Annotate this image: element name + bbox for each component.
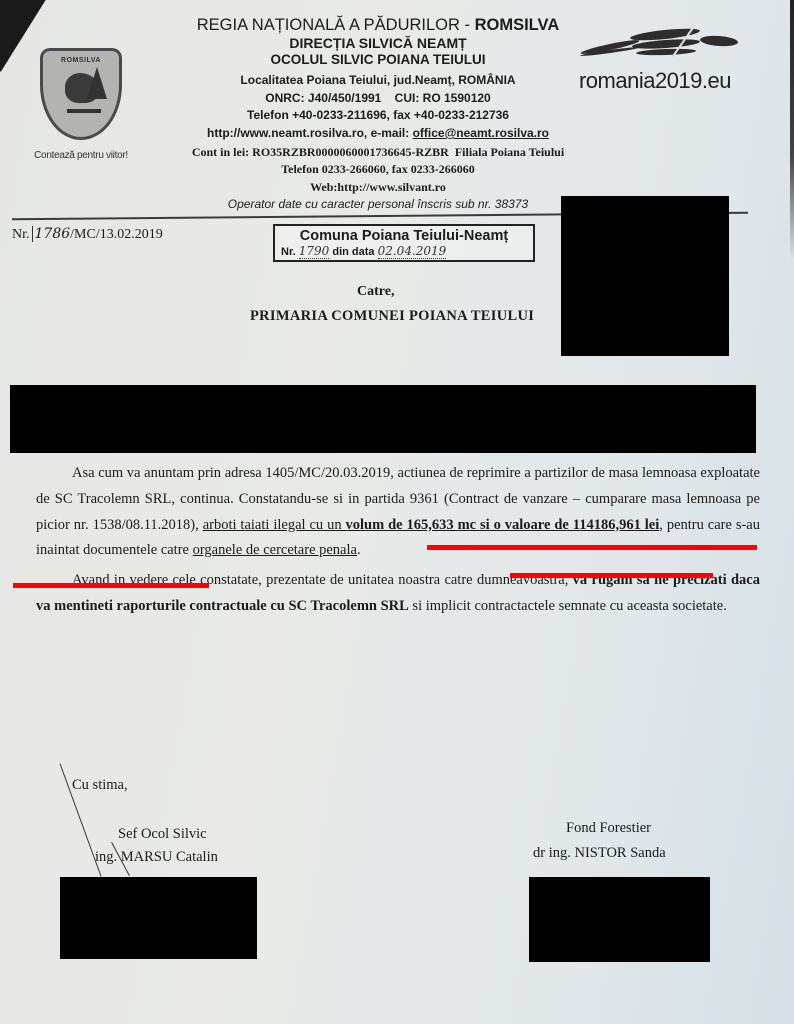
stamp-title: Comuna Poiana Teiului-Neamț [281, 228, 527, 244]
redaction-box-signature-left [60, 877, 257, 959]
phone-fax-2: Telefon 0233-266060, fax 0233-266060 [158, 162, 598, 177]
reference-number: Nr.1786/MC/13.02.2019 [12, 226, 163, 243]
salutation: Catre, [357, 284, 394, 300]
org-name-bold: ROMSILVA [475, 16, 560, 34]
p1-end: . [357, 542, 361, 558]
stamp-line: Nr. 1790 din data 02.04.2019 [281, 244, 527, 258]
ref-suffix: /MC/13.02.2019 [70, 227, 163, 242]
email-link[interactable]: office@neamt.rosilva.ro [413, 126, 549, 140]
romsilva-logo: ROMSILVA Contează pentru viitor! [22, 48, 140, 161]
stamp-date-label: din data [332, 246, 374, 258]
website-2: Web:http://www.silvant.ro [158, 180, 598, 195]
letter-body: Asa cum va anuntam prin adresa 1405/MC/2… [36, 461, 760, 620]
redaction-box-signature-right [529, 877, 710, 962]
website: http://www.neamt.rosilva.ro, e-mail: [207, 126, 413, 140]
romania2019-logo: romania2019.eu [560, 22, 750, 94]
red-underline-volume [427, 545, 757, 550]
registration: ONRC: J40/450/1991 CUI: RO 1590120 [158, 91, 598, 105]
p1-volume-value: volum de 165,633 mc si o valoare de 1141… [346, 517, 660, 533]
ref-handwritten-number: 1786 [32, 226, 71, 242]
recipient: PRIMARIA COMUNEI POIANA TEIULUI [250, 308, 534, 325]
signatory-right-name: dr ing. NISTOR Sanda [533, 845, 666, 862]
fir-tree-icon [87, 67, 107, 99]
unit-name: OCOLUL SILVIC POIANA TEIULUI [158, 52, 598, 67]
stamp-date-value: 02.04.2019 [378, 244, 447, 259]
logo-motto: Contează pentru viitor! [22, 150, 140, 161]
p2-text-2: si implicit contractactele semnate cu ac… [409, 598, 727, 614]
sled-icon [67, 109, 101, 113]
web-email: http://www.neamt.rosilva.ro, e-mail: off… [158, 126, 598, 140]
redaction-box-top-right [561, 196, 729, 356]
bank-account: Cont in lei: RO35RZBR0000060001736645-RZ… [158, 145, 598, 160]
signatory-right-title: Fond Forestier [566, 820, 651, 837]
red-underline-penal [510, 573, 713, 578]
redaction-box-wide [10, 385, 756, 453]
signatory-left-name: ing. MARSU Catalin [95, 849, 218, 866]
romania2019-text: romania2019.eu [560, 68, 750, 94]
org-name-normal: REGIA NAȚIONALĂ A PĂDURILOR - [197, 16, 475, 34]
ref-prefix: Nr. [12, 227, 30, 242]
stamp-nr-value: 1790 [299, 244, 330, 259]
signatory-left-title: Sef Ocol Silvic [118, 826, 207, 843]
closing: Cu stima, [72, 777, 128, 794]
phone-fax: Telefon +40-0233-211696, fax +40-0233-21… [158, 108, 598, 122]
registration-stamp: Comuna Poiana Teiului-Neamț Nr. 1790 din… [273, 224, 535, 262]
stamp-nr-label: Nr. [281, 246, 296, 258]
red-underline-value [13, 583, 209, 588]
p1-criminal-investigation: organele de cercetare penala [193, 542, 357, 558]
shield-text: ROMSILVA [43, 57, 119, 64]
directorate: DIRECȚIA SILVICĂ NEAMȚ [158, 35, 598, 51]
romsilva-shield-tree-icon: ROMSILVA [40, 48, 122, 140]
data-operator: Operator date cu caracter personal înscr… [158, 197, 598, 211]
address: Localitatea Poiana Teiului, jud.Neamț, R… [158, 73, 598, 87]
p1-underlined: arboti taiati ilegal cu un [203, 517, 346, 533]
org-name: REGIA NAȚIONALĂ A PĂDURILOR - ROMSILVA [158, 16, 598, 35]
romania2019-wave-icon [560, 22, 750, 62]
photo-right-edge [790, 0, 794, 260]
